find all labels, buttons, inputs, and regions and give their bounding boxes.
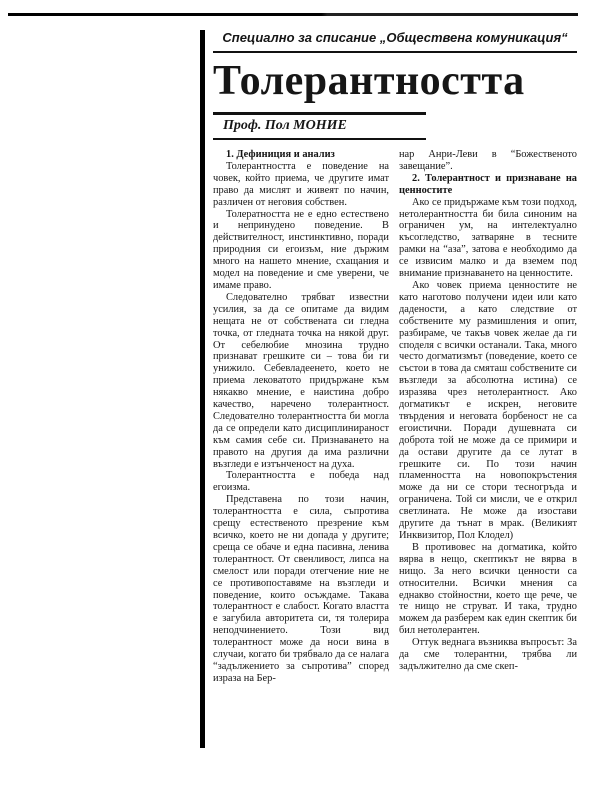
top-rule — [8, 13, 578, 16]
paragraph-continuation: нар Анри-Леви в “Божественото завещание”… — [399, 149, 577, 173]
byline-block: Проф. Пол МОНИЕ — [213, 112, 426, 140]
article-body: 1. Дефиниция и анализ Толерантността е п… — [213, 149, 577, 685]
paragraph: Ако се придържаме към този подход, нетол… — [399, 197, 577, 280]
left-column: 1. Дефиниция и анализ Толерантността е п… — [213, 149, 389, 685]
paragraph: Следователно трябват известни усилия, за… — [213, 292, 389, 471]
kicker: Специално за списание „Обществена комуни… — [213, 28, 577, 53]
paragraph: Оттук веднага възниква въпросът: За да с… — [399, 637, 577, 673]
document-page: Специално за списание „Обществена комуни… — [0, 0, 600, 800]
article-title: Толерантността — [213, 58, 577, 104]
section-2-heading: 2. Толерантност и признаване на ценности… — [399, 173, 577, 197]
paragraph: В противовес на догматика, който вярва в… — [399, 542, 577, 637]
paragraph: Представена по този начин, толерантностт… — [213, 494, 389, 685]
paragraph: Толерантността е победа над егоизма. — [213, 470, 389, 494]
paragraph: Ако човек приема ценностите не като наго… — [399, 280, 577, 542]
paragraph: Толерантността е поведение на човек, кой… — [213, 161, 389, 209]
left-vertical-bar — [200, 30, 205, 748]
section-1-heading: 1. Дефиниция и анализ — [213, 149, 389, 161]
byline: Проф. Пол МОНИЕ — [223, 118, 426, 134]
right-column: нар Анри-Леви в “Божественото завещание”… — [399, 149, 577, 685]
paragraph: Толератността не е едно естествено и неп… — [213, 209, 389, 292]
article-content: Специално за списание „Обществена комуни… — [213, 28, 577, 685]
